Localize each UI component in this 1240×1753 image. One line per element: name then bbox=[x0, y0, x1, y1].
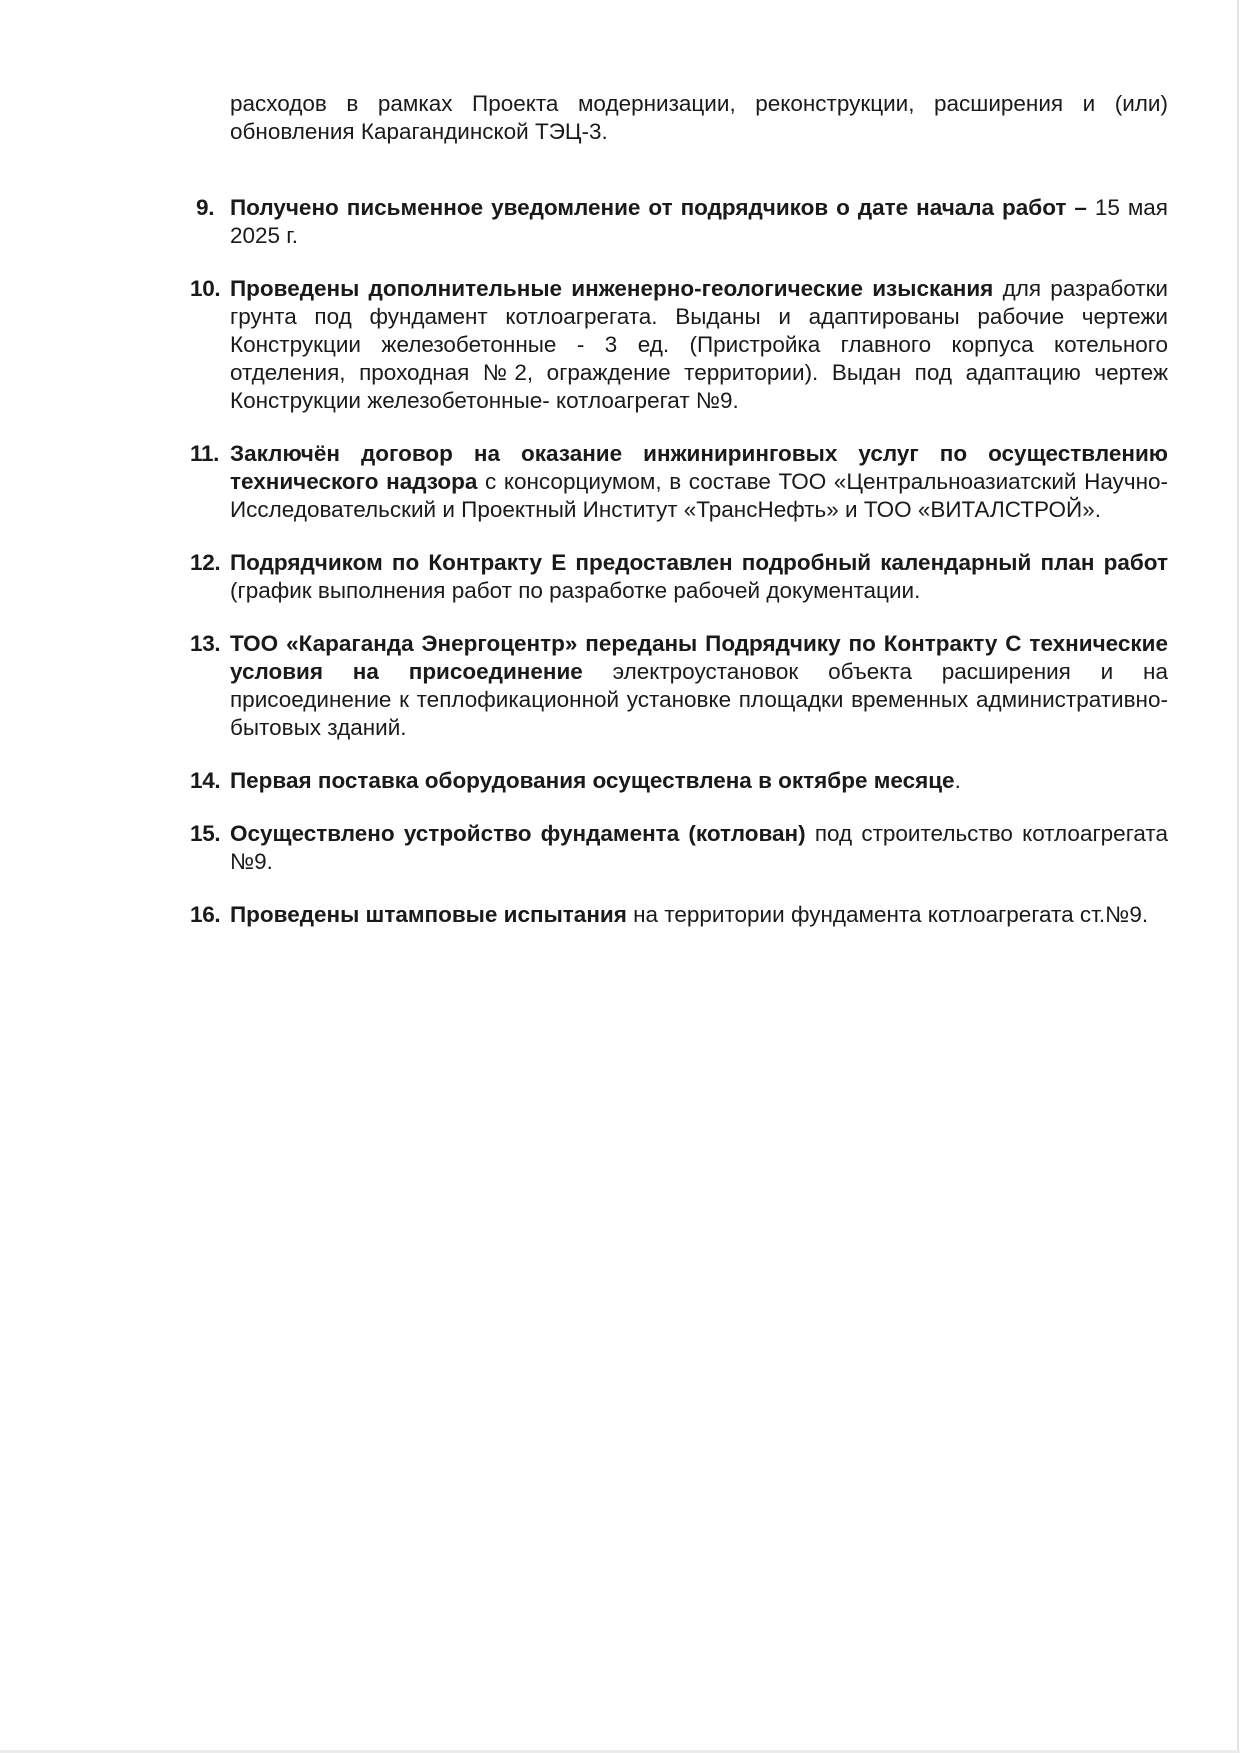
item-plain-text: . bbox=[955, 768, 961, 793]
item-text: Проведены дополнительные инженерно-геоло… bbox=[230, 275, 1168, 415]
document-body: расходов в рамках Проекта модернизации, … bbox=[190, 90, 1168, 954]
list-item-13: 13. ТОО «Караганда Энергоцентр» переданы… bbox=[190, 630, 1168, 742]
item-number: 15. bbox=[190, 820, 230, 848]
item-number: 14. bbox=[190, 767, 230, 795]
item-number: 12. bbox=[190, 549, 230, 577]
item-text: Проведены штамповые испытания на террито… bbox=[230, 901, 1168, 929]
item-text: Заключён договор на оказание инжиниринго… bbox=[230, 440, 1168, 524]
item-bold-text: Получено письменное уведомление от подря… bbox=[230, 195, 1087, 220]
item-text: Подрядчиком по Контракту Е предоставлен … bbox=[230, 549, 1168, 605]
item-text: Осуществлено устройство фундамента (котл… bbox=[230, 820, 1168, 876]
list-item-11: 11. Заключён договор на оказание инжинир… bbox=[190, 440, 1168, 524]
list-item-14: 14. Первая поставка оборудования осущест… bbox=[190, 767, 1168, 795]
list-item-12: 12. Подрядчиком по Контракту Е предостав… bbox=[190, 549, 1168, 605]
intro-continuation: расходов в рамках Проекта модернизации, … bbox=[190, 90, 1168, 146]
list-item-9: 9. Получено письменное уведомление от по… bbox=[190, 194, 1168, 250]
item-number: 16. bbox=[190, 901, 230, 929]
list-item-10: 10. Проведены дополнительные инженерно-г… bbox=[190, 275, 1168, 415]
item-text: ТОО «Караганда Энергоцентр» переданы Под… bbox=[230, 630, 1168, 742]
document-page: расходов в рамках Проекта модернизации, … bbox=[0, 0, 1240, 1753]
item-text: Первая поставка оборудования осуществлен… bbox=[230, 767, 1168, 795]
item-number: 9. bbox=[190, 194, 230, 222]
list-item-16: 16. Проведены штамповые испытания на тер… bbox=[190, 901, 1168, 929]
item-number: 13. bbox=[190, 630, 230, 658]
item-number: 11. bbox=[190, 440, 230, 468]
scan-edge-right bbox=[1237, 0, 1239, 1753]
item-number: 10. bbox=[190, 275, 230, 303]
item-plain-text: (график выполнения работ по разработке р… bbox=[230, 578, 920, 603]
item-text: Получено письменное уведомление от подря… bbox=[230, 194, 1168, 250]
item-bold-text: Проведены штамповые испытания bbox=[230, 902, 627, 927]
item-bold-text: Проведены дополнительные инженерно-геоло… bbox=[230, 276, 993, 301]
item-bold-text: Первая поставка оборудования осуществлен… bbox=[230, 768, 955, 793]
item-bold-text: Осуществлено устройство фундамента (котл… bbox=[230, 821, 806, 846]
item-plain-text: на территории фундамента котлоагрегата с… bbox=[627, 902, 1148, 927]
list-item-15: 15. Осуществлено устройство фундамента (… bbox=[190, 820, 1168, 876]
item-bold-text: Подрядчиком по Контракту Е предоставлен … bbox=[230, 550, 1168, 575]
